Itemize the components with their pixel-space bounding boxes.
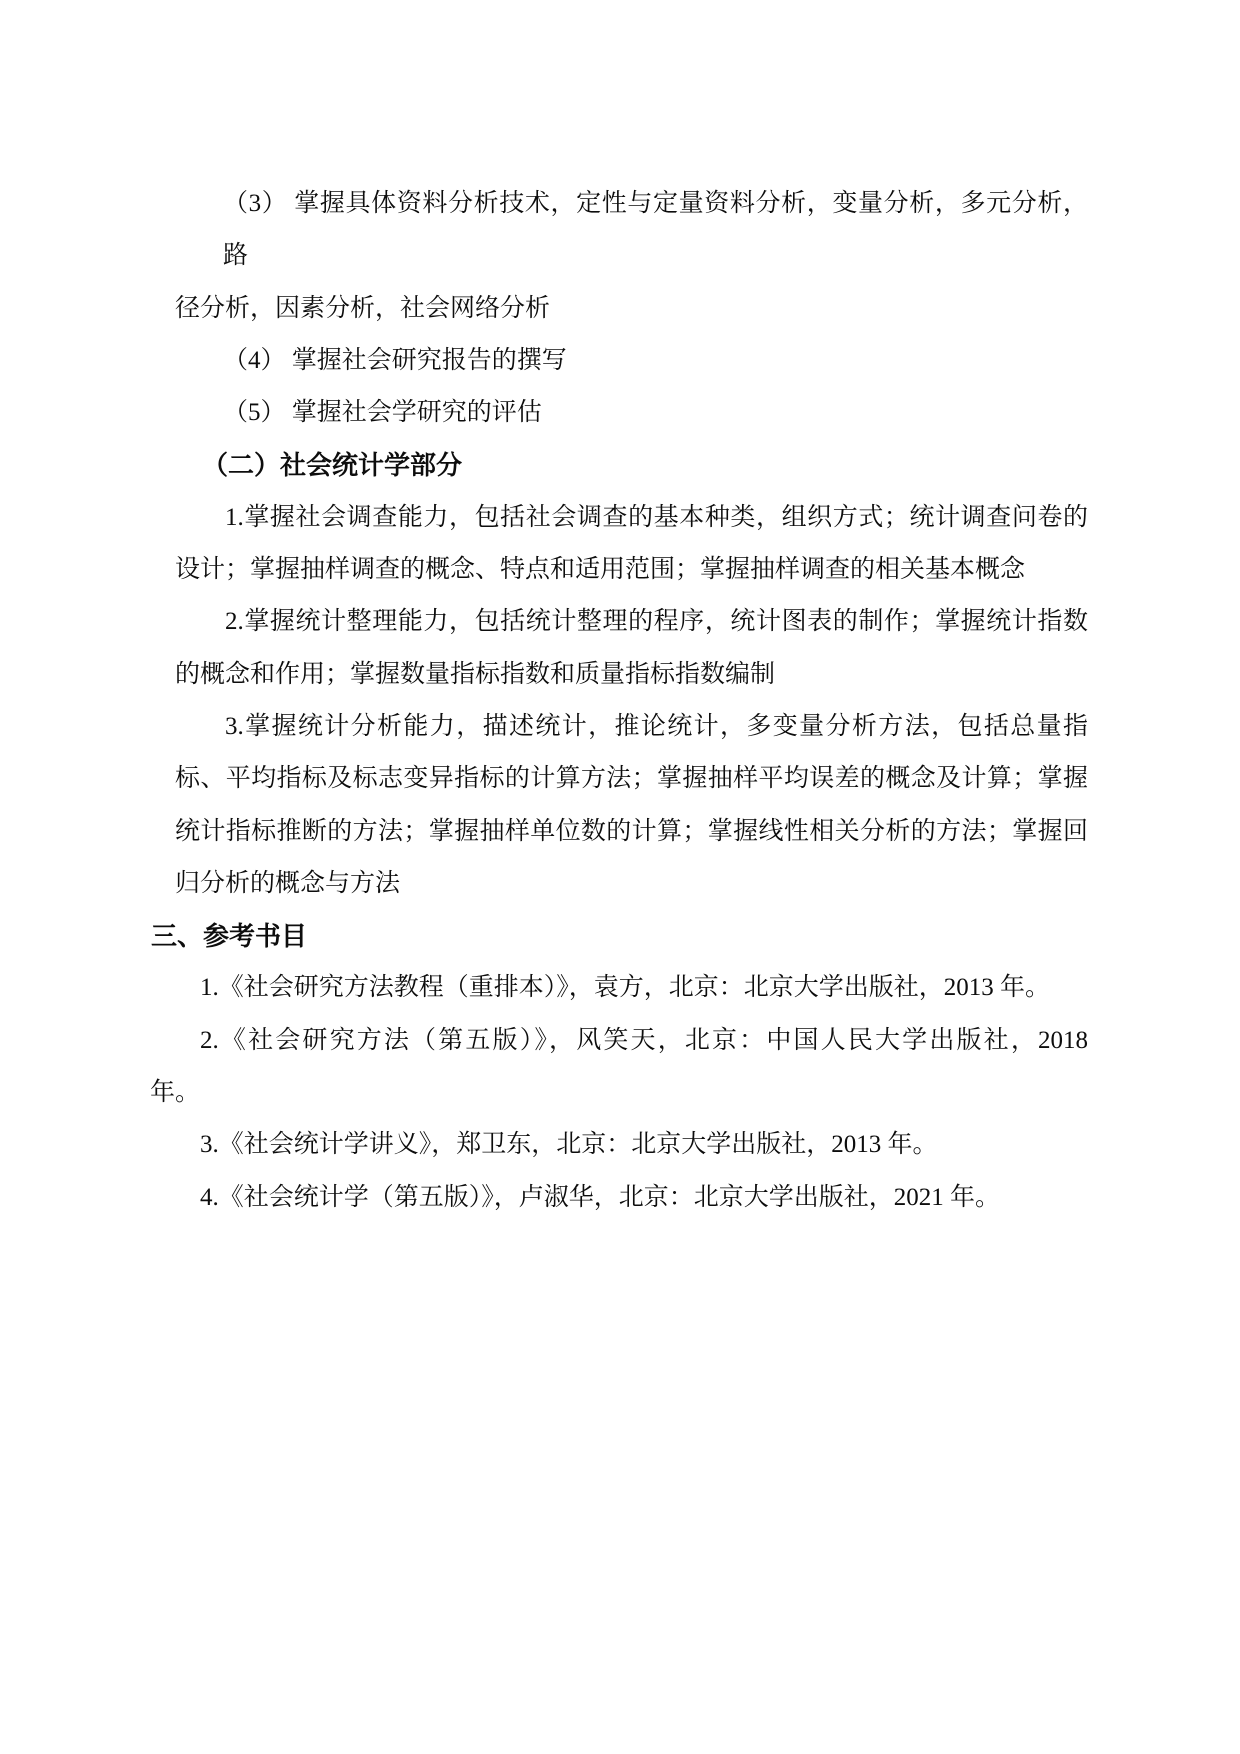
reference-2: 2.《社会研究方法（第五版）》，风笑天，北京：中国人民大学出版社，2018年。 — [150, 1015, 1088, 1120]
stats-skill-3-line-4: 归分析的概念与方法 — [175, 858, 1088, 910]
reference-3-line-1: 3.《社会统计学讲义》，郑卫东，北京：北京大学出版社，2013 年。 — [150, 1119, 1088, 1171]
stats-skill-3-line-1: 3.掌握统计分析能力，描述统计，推论统计，多变量分析方法，包括总量指 — [175, 701, 1088, 753]
references-heading: 三、参考书目 — [150, 910, 1088, 962]
syllabus-point-3: （3） 掌握具体资料分析技术，定性与定量资料分析，变量分析，多元分析，路径分析，… — [150, 178, 1088, 335]
syllabus-point-5-line-1: （5） 掌握社会学研究的评估 — [175, 387, 1088, 439]
stats-skill-1-line-1: 1.掌握社会调查能力，包括社会调查的基本种类，组织方式；统计调查问卷的 — [175, 492, 1088, 544]
reference-2-line-2: 年。 — [150, 1067, 1088, 1119]
document-body: （3） 掌握具体资料分析技术，定性与定量资料分析，变量分析，多元分析，路径分析，… — [150, 0, 1088, 1224]
stats-skill-2: 2.掌握统计整理能力，包括统计整理的程序，统计图表的制作；掌握统计指数的概念和作… — [150, 596, 1088, 701]
stats-skill-2-line-2: 的概念和作用；掌握数量指标指数和质量指标指数编制 — [175, 649, 1088, 701]
references-heading-line-1: 三、参考书目 — [151, 910, 1088, 962]
section-2-heading: （二）社会统计学部分 — [150, 439, 1088, 491]
reference-4: 4.《社会统计学（第五版）》，卢淑华，北京：北京大学出版社，2021 年。 — [150, 1172, 1088, 1224]
section-2-heading-line-1: （二）社会统计学部分 — [202, 439, 1088, 491]
syllabus-point-3-line-1: （3） 掌握具体资料分析技术，定性与定量资料分析，变量分析，多元分析，路 — [175, 178, 1088, 283]
syllabus-point-5: （5） 掌握社会学研究的评估 — [150, 387, 1088, 439]
document-page: （3） 掌握具体资料分析技术，定性与定量资料分析，变量分析，多元分析，路径分析，… — [0, 0, 1240, 1754]
stats-skill-1: 1.掌握社会调查能力，包括社会调查的基本种类，组织方式；统计调查问卷的设计；掌握… — [150, 492, 1088, 597]
syllabus-point-3-line-2: 径分析，因素分析，社会网络分析 — [175, 283, 1088, 335]
syllabus-point-4: （4） 掌握社会研究报告的撰写 — [150, 335, 1088, 387]
reference-4-line-1: 4.《社会统计学（第五版）》，卢淑华，北京：北京大学出版社，2021 年。 — [150, 1172, 1088, 1224]
stats-skill-3-line-3: 统计指标推断的方法；掌握抽样单位数的计算；掌握线性相关分析的方法；掌握回 — [175, 806, 1088, 858]
stats-skill-1-line-2: 设计；掌握抽样调查的概念、特点和适用范围；掌握抽样调查的相关基本概念 — [175, 544, 1088, 596]
stats-skill-3: 3.掌握统计分析能力，描述统计，推论统计，多变量分析方法，包括总量指标、平均指标… — [150, 701, 1088, 910]
stats-skill-2-line-1: 2.掌握统计整理能力，包括统计整理的程序，统计图表的制作；掌握统计指数 — [175, 596, 1088, 648]
stats-skill-3-line-2: 标、平均指标及标志变异指标的计算方法；掌握抽样平均误差的概念及计算；掌握 — [175, 753, 1088, 805]
syllabus-point-4-line-1: （4） 掌握社会研究报告的撰写 — [175, 335, 1088, 387]
reference-1: 1.《社会研究方法教程（重排本）》，袁方，北京：北京大学出版社，2013 年。 — [150, 962, 1088, 1014]
reference-1-line-1: 1.《社会研究方法教程（重排本）》，袁方，北京：北京大学出版社，2013 年。 — [150, 962, 1088, 1014]
reference-3: 3.《社会统计学讲义》，郑卫东，北京：北京大学出版社，2013 年。 — [150, 1119, 1088, 1171]
reference-2-line-1: 2.《社会研究方法（第五版）》，风笑天，北京：中国人民大学出版社，2018 — [150, 1015, 1088, 1067]
